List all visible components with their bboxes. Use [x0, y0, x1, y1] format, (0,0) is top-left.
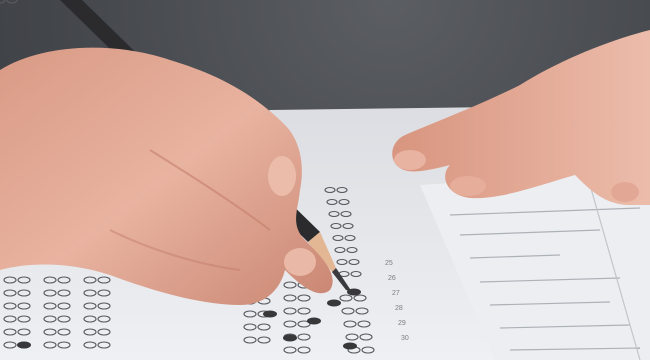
svg-text:25: 25: [385, 260, 393, 267]
svg-text:29: 29: [398, 320, 406, 327]
photo-illustration: 2526 2728 2930: [0, 0, 650, 360]
exam-photo: Close-up photo of a person's hands filli…: [0, 0, 650, 360]
svg-text:26: 26: [388, 275, 396, 282]
bubble-grid: [0, 0, 17, 3]
svg-text:28: 28: [395, 305, 403, 312]
svg-text:27: 27: [392, 290, 400, 297]
svg-text:30: 30: [401, 335, 409, 342]
